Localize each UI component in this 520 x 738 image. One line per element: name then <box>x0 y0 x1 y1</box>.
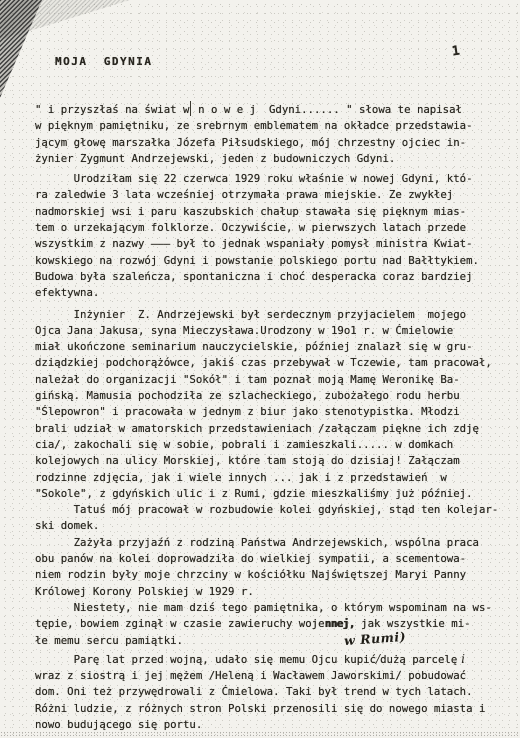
typed-text: "Ślepowron" i pracowała w jednym z biur … <box>35 405 460 418</box>
typed-text: łe memu sercu pamiątki. <box>35 634 183 647</box>
typed-text: Zażyła przyjaźń z rodziną Państwa Andrze… <box>35 536 479 549</box>
typed-text: Ojca Jana Jakusa, syna Mieczysława.Urodz… <box>35 324 453 337</box>
paragraph: Urodziłam się 22 czerwca 1929 roku właśn… <box>35 171 510 301</box>
typed-line: jącym głowę marszałka Józefa Piłsudskieg… <box>35 135 510 151</box>
typed-text: Królowej Korony Polskiej w 1929 r. <box>35 585 254 598</box>
typed-line: rodzinne zdjęcia, jak i wiele innych ...… <box>35 470 510 486</box>
typed-text: należał do organizacji "Sokół" i tam poz… <box>35 373 460 386</box>
typed-text: tępie, bowiem zginął w czasie zawieruchy… <box>35 617 325 630</box>
typed-text: "Sokole", z gdyńskich ulic i z Rumi, gdz… <box>35 487 473 500</box>
typed-text: wraz z siostrą i jej mężem /Heleną i Wac… <box>35 669 466 682</box>
typed-text: Budowa była szaleńcza, spontaniczna i ch… <box>35 270 473 283</box>
typed-text: efektywna. <box>35 286 99 299</box>
typed-line: Urodziłam się 22 czerwca 1929 roku właśn… <box>35 171 510 187</box>
typed-line: Zażyła przyjaźń z rodziną Państwa Andrze… <box>35 535 510 551</box>
typed-text: wszystkim z nazwy ——— był to jednak wspa… <box>35 237 473 250</box>
typed-text: Parę lat przed wojną, udało się memu Ojc… <box>35 653 376 666</box>
typed-line: "Ślepowron" i pracowała w jednym z biur … <box>35 404 510 420</box>
typed-line: Ojca Jana Jakusa, syna Mieczysława.Urodz… <box>35 323 510 339</box>
typed-line: cia/, zakochali się w sobie, pobrali i z… <box>35 437 510 453</box>
typed-line: gińską. Mamusia pochodziła ze szlachecki… <box>35 388 510 404</box>
typed-text: kowskiego na rozwój Gdyni i powstanie po… <box>35 254 479 267</box>
typed-text: gińską. Mamusia pochodziła ze szlachecki… <box>35 389 460 402</box>
typed-text: tem o urzekającym folklorze. Oczywiście,… <box>35 221 466 234</box>
typed-text: w pięknym pamiętniku, ze srebrnym emblem… <box>35 119 473 132</box>
typed-line: dziądzkiej podchorążówce, jakiś czas prz… <box>35 355 510 371</box>
typed-line: brali udział w amatorskich przedstawieni… <box>35 421 510 437</box>
typed-line: kowskiego na rozwój Gdyni i powstanie po… <box>35 253 510 269</box>
typed-line: tem o urzekającym folklorze. Oczywiście,… <box>35 220 510 236</box>
typed-text: brali udział w amatorskich przedstawieni… <box>35 422 479 435</box>
typed-line: Różni ludzie, z różnych stron Polski prz… <box>35 701 510 717</box>
typed-text: nowo budującego się portu. <box>35 718 202 731</box>
typed-line: ra zaledwie 3 lata wcześniej otrzymała p… <box>35 187 510 203</box>
typed-line: wszystkim z nazwy ——— był to jednak wspa… <box>35 236 510 252</box>
paragraph: Zażyła przyjaźń z rodziną Państwa Andrze… <box>35 535 510 600</box>
typed-line: wraz z siostrą i jej mężem /Heleną i Wac… <box>35 668 510 684</box>
typed-text: żynier Zygmunt Andrzejewski, jeden z bud… <box>35 152 395 165</box>
overtyped-text: nnej, <box>325 617 355 630</box>
typed-line: dom. Oni też przywędrowali z Ćmielowa. T… <box>35 684 510 700</box>
handwritten-text: i <box>457 652 465 666</box>
typed-line: Królowej Korony Polskiej w 1929 r. <box>35 584 510 600</box>
typed-line: tępie, bowiem zginął w czasie zawieruchy… <box>35 616 510 632</box>
typed-text: obu panów na kolei doprowadziła do wielk… <box>35 552 466 565</box>
typed-line: obu panów na kolei doprowadziła do wielk… <box>35 551 510 567</box>
typed-text: cia/, zakochali się w sobie, pobrali i z… <box>35 438 453 451</box>
typed-text: niem rodzin były moje chrzciny w kościół… <box>35 568 466 581</box>
typed-text: dom. Oni też przywędrowali z Ćmielowa. T… <box>35 685 473 698</box>
typed-text: Inżynier Z. Andrzejewski był serdecznym … <box>35 308 466 321</box>
typed-text: nadmorskiej wsi i paru kaszubskich chału… <box>35 205 466 218</box>
typed-line: efektywna. <box>35 285 510 301</box>
typed-text: miał ukończone seminarium nauczycielskie… <box>35 340 473 353</box>
typed-text: ra zaledwie 3 lata wcześniej otrzymała p… <box>35 188 453 201</box>
typed-text: dziądzkiej podchorążówce, jakiś czas prz… <box>35 356 492 369</box>
typed-text: dużą parcelę <box>380 653 457 666</box>
typed-line: Parę lat przed wojną, udało się memu Ojc… <box>35 651 510 668</box>
typed-line: w pięknym pamiętniku, ze srebrnym emblem… <box>35 118 510 134</box>
paragraph: " i przyszłaś na świat w n o w e j Gdyni… <box>35 101 510 167</box>
typed-text: Urodziłam się 22 czerwca 1929 roku właśn… <box>35 172 473 185</box>
page-title: MOJA GDYNIA <box>55 55 152 68</box>
paragraph: Parę lat przed wojną, udało się memu Ojc… <box>35 651 510 733</box>
typed-line: Inżynier Z. Andrzejewski był serdecznym … <box>35 307 510 323</box>
typed-body: " i przyszłaś na świat w n o w e j Gdyni… <box>35 101 510 733</box>
typed-text: jak wszystkie mi- <box>355 617 471 630</box>
typed-line: "Sokole", z gdyńskich ulic i z Rumi, gdz… <box>35 486 510 502</box>
typed-line: łe memu sercu pamiątki. <box>35 633 510 649</box>
typed-line: Niestety, nie mam dziś tego pamiętnika, … <box>35 600 510 616</box>
typed-line: Budowa była szaleńcza, spontaniczna i ch… <box>35 269 510 285</box>
typed-text: ski domek. <box>35 519 99 532</box>
typed-text: Tatuś mój pracował w rozbudowie kolei gd… <box>35 503 498 516</box>
typed-line: kolejowych na ulicy Morskiej, które tam … <box>35 453 510 469</box>
typed-line: " i przyszłaś na świat w n o w e j Gdyni… <box>35 101 510 118</box>
typed-line: niem rodzin były moje chrzciny w kościół… <box>35 567 510 583</box>
typed-line: należał do organizacji "Sokół" i tam poz… <box>35 372 510 388</box>
paragraph: Tatuś mój pracował w rozbudowie kolei gd… <box>35 502 510 535</box>
typed-text: Różni ludzie, z różnych stron Polski prz… <box>35 702 485 715</box>
typed-line: ski domek. <box>35 518 510 534</box>
typed-text: n o w e j Gdyni...... " słowa te napisał <box>192 103 462 116</box>
scan-bottom-edge <box>0 731 520 738</box>
typed-line: żynier Zygmunt Andrzejewski, jeden z bud… <box>35 151 510 167</box>
typed-line: miał ukończone seminarium nauczycielskie… <box>35 339 510 355</box>
page-number: 1 <box>451 44 461 60</box>
typed-text: jącym głowę marszałka Józefa Piłsudskieg… <box>35 136 466 149</box>
paragraph: Niestety, nie mam dziś tego pamiętnika, … <box>35 600 510 649</box>
typed-text: " i przyszłaś na świat w <box>35 103 189 116</box>
typed-line: nadmorskiej wsi i paru kaszubskich chału… <box>35 204 510 220</box>
paragraph: Inżynier Z. Andrzejewski był serdecznym … <box>35 307 510 503</box>
typed-text: kolejowych na ulicy Morskiej, które tam … <box>35 454 460 467</box>
typed-line: Tatuś mój pracował w rozbudowie kolei gd… <box>35 502 510 518</box>
typed-text: Niestety, nie mam dziś tego pamiętnika, … <box>35 601 492 614</box>
typed-text: rodzinne zdjęcia, jak i wiele innych ...… <box>35 471 447 484</box>
document-page: MOJA GDYNIA 1 " i przyszłaś na świat w n… <box>0 0 520 738</box>
